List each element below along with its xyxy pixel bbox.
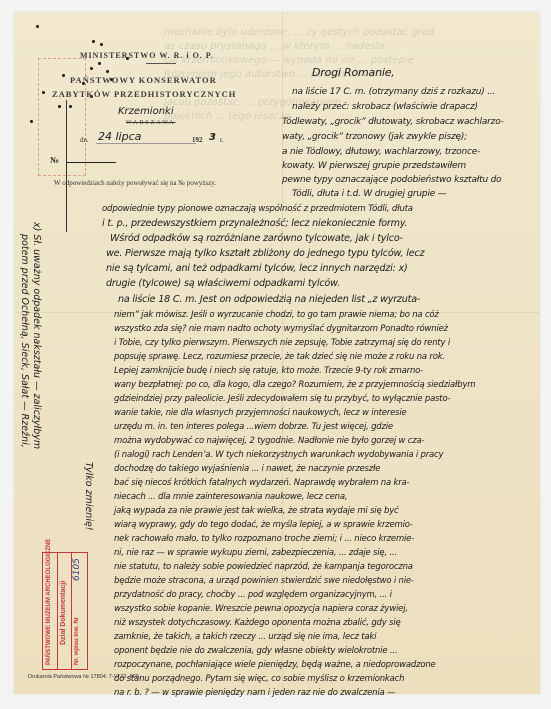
- body-line: we. Pierwsze mają tylko kształt zbliżony…: [106, 247, 424, 262]
- body-line: i t. p., przedewszystkiem przynależność;…: [102, 217, 407, 232]
- body-line: ni, nie raz — w sprawie wykupu ziemi, za…: [114, 546, 397, 561]
- date-prefix: dn.: [80, 136, 89, 144]
- body-line: niż wszystek dotychczasowy. Każdego opon…: [114, 616, 400, 631]
- perforation-dot: [30, 120, 33, 123]
- body-line: należy przeć: skrobacz (właściwie drapac…: [292, 100, 478, 115]
- body-line: a nie Tódlowy, dłutowy, wachlarzowy, trz…: [282, 145, 480, 160]
- body-line: wszystko sobie kopanie. Wreszcie pewna o…: [114, 602, 408, 617]
- body-line: waty, „grocik” trzonowy (jak zwykle pisz…: [282, 130, 467, 145]
- city-printed-struck: WARSZAWA: [126, 120, 176, 126]
- body-line: nie są tylcami, ani też odpadkami tylców…: [106, 262, 407, 277]
- letterhead-office-2: ZABYTKÓW PRZEDHISTORYCZNYCH: [52, 89, 236, 99]
- body-line: urzędu m. in. ten interes polega ...wiem…: [114, 420, 393, 435]
- letterhead-rule: [146, 63, 176, 64]
- body-line: na liście 18 C. m. Jest on odpowiedzią n…: [118, 293, 420, 308]
- bleed-through-text: pojektlich ... tego jeszcze: [164, 110, 290, 124]
- year-printed: 192: [192, 136, 203, 144]
- stamp-institution: PAŃSTWOWE MUZEUM ARCHEOLOGICZNE: [46, 539, 52, 665]
- body-line: i Tobie, czy tylko pierwszym. Pierwszych…: [114, 336, 450, 351]
- perforation-dot: [100, 43, 103, 46]
- body-line: wany bezpłatnej: po co, dla kogo, dla cz…: [114, 378, 475, 393]
- number-line: [66, 162, 116, 163]
- body-line: gdzieindziej przy paleolicie. Jeśli zdec…: [114, 392, 450, 407]
- perforation-dot: [90, 67, 93, 70]
- body-line: Wśród odpadków są rozróżniane zarówno ty…: [110, 232, 403, 247]
- body-line: (i nalogi) rach Lenden’a. W tych niekorz…: [114, 448, 443, 463]
- body-line: Tódli, dłuta i t.d. W drugiej grupie —: [292, 187, 447, 202]
- year-suffix: r.: [220, 136, 224, 144]
- year-handwritten: 3: [209, 132, 216, 143]
- date-handwritten: 24 lipca: [98, 130, 141, 143]
- body-line: oponent będzie nie do zwalczenia, gdy wł…: [114, 644, 397, 659]
- letterhead-ministry: MINISTERSTWO W. R. i O. P.: [80, 51, 214, 60]
- body-line: na liście 17 C. m. (otrzymany dziś z roz…: [292, 85, 495, 100]
- salutation: Drogi Romanie,: [312, 66, 395, 81]
- body-line: przydatność do pracy, choćby ... pod wzg…: [114, 588, 392, 603]
- body-line: odpowiednie typy pionowe oznaczają wspól…: [102, 202, 413, 217]
- letterhead-office-1: PAŃSTWOWY KONSERWATOR: [70, 75, 217, 85]
- body-line: dochodzę do takiego wyjaśnienia ... i na…: [114, 462, 380, 477]
- perforation-dot: [36, 25, 39, 28]
- perforation-dot: [98, 62, 101, 65]
- body-line: popsuję sprawę. Lecz, rozumiesz przecie,…: [114, 350, 445, 365]
- perforation-dot: [58, 105, 61, 108]
- stamp-column: Dział Dokumentacji: [57, 553, 72, 669]
- body-line: Lepiej zamknijcie budę i niech się ratuj…: [114, 364, 423, 379]
- body-line: nie statutu, to należy sobie powiedzieć …: [114, 560, 413, 575]
- body-line: niecach ... dla mnie zainteresowania nau…: [114, 490, 347, 505]
- perforation-dot: [62, 74, 65, 77]
- perforation-dot: [106, 70, 109, 73]
- perforation-dot: [42, 91, 45, 94]
- city-handwritten: Krzemionki: [118, 106, 174, 117]
- printer-footer: Drukarnia Państwowa № 17804. 7-VI 22. 50…: [28, 674, 140, 680]
- body-line: wanie takie, nie dla własnych przyjemnoś…: [114, 406, 407, 421]
- body-line: Tódlewaty, „grocik” dłutowaty, skrobacz …: [282, 115, 504, 130]
- archive-stamp: PAŃSTWOWE MUZEUM ARCHEOLOGICZNE Dział Do…: [42, 552, 88, 670]
- body-line: niem” jak mówisz. Jeśli o wyrzucanie cho…: [114, 308, 439, 323]
- perforation-dot: [92, 40, 95, 43]
- body-line: jaką wypada za nie prawie jest tak wielk…: [114, 504, 399, 519]
- body-line: rozpoczynane, pochłaniające wiele pienię…: [114, 658, 436, 673]
- bleed-through-text: mechanie bylo uderzone, ... zy gestych p…: [164, 26, 434, 40]
- date-line: [96, 143, 196, 144]
- stamp-inventory-number: 6105: [72, 558, 82, 581]
- body-line: bać się niecoś krótkich fatalnych wydarz…: [114, 476, 409, 491]
- stamp-column: PAŃSTWOWE MUZEUM ARCHEOLOGICZNE: [43, 553, 58, 669]
- margin-note-2: potem przed Ochełną, Sieck, Sałat — Rzeź…: [19, 234, 30, 448]
- body-line: wiarą wyprawy, gdy do tego dodać, że myś…: [114, 518, 413, 533]
- number-label: №: [50, 155, 59, 165]
- body-line: drugie (tylcowe) są właściwemi odpadkami…: [106, 277, 340, 292]
- perforation-dot: [69, 105, 72, 108]
- body-line: na r. b. ? — w sprawie pieniędzy nam i j…: [114, 686, 395, 701]
- margin-note-3: Tylko zmienię!: [83, 462, 94, 531]
- margin-rule: [66, 100, 67, 232]
- body-line: kowaty. W pierwszej grupie przedstawiłem: [282, 159, 466, 174]
- body-line: można wydobywać co najwięcej, 2 tygodnie…: [114, 434, 424, 449]
- body-line: zamknie, że takich, a takich rzeczy ... …: [114, 630, 376, 645]
- body-line: będzie może stracona, a urząd powinien s…: [114, 574, 414, 589]
- reply-instruction: W odpowiedziach należy powoływać się na …: [54, 179, 216, 187]
- stamp-column: Nr. wpisu inw. Nr 6105: [71, 553, 85, 669]
- stamp-department: Dział Dokumentacji: [60, 581, 67, 645]
- body-line: wszystko zda się? nie mam nadto ochoty w…: [114, 322, 448, 337]
- document-page: mechanie bylo uderzone, ... zy gestych p…: [14, 12, 540, 694]
- margin-note-1: x) Sł. uważny odpadek nakształu — zalicz…: [31, 222, 42, 449]
- body-line: nek rachowało mało, to tylko rozpoznano …: [114, 532, 414, 547]
- stamp-inventory-label: Nr. wpisu inw. Nr: [74, 617, 80, 665]
- body-line: pewne typy oznaczające podobieństwo kszt…: [282, 173, 501, 188]
- body-line: do stanu porządnego. Pytam się więc, co …: [114, 672, 404, 687]
